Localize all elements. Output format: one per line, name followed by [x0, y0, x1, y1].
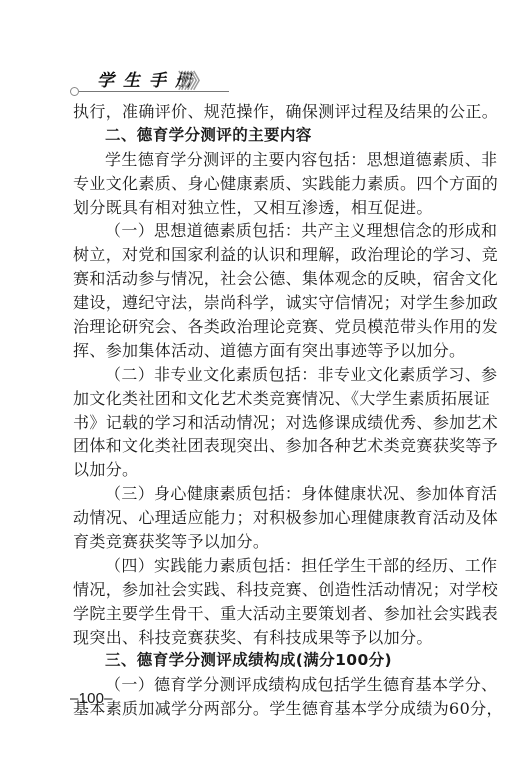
text-line: 加文化类社团和文化艺术类竞赛情况、《大学生素质拓展证	[73, 387, 459, 411]
text-line: 执行，准确评价、规范操作，确保测评过程及结果的公正。	[73, 100, 459, 124]
paragraph-start: （三）身心健康素质包括：身体健康状况、参加体育活	[73, 482, 459, 506]
text-line: 基本素质加减学分两部分。学生德育基本学分成绩为60分，	[73, 697, 459, 721]
text-line: 动情况、心理适应能力；对积极参加心理健康教育活动及体	[73, 506, 459, 530]
text-line: 建设，遵纪守法，崇尚科学，诚实守信情况；对学生参加政	[73, 291, 459, 315]
text-line: 专业文化素质、身心健康素质、实践能力素质。四个方面的	[73, 172, 459, 196]
circle-bullet-icon	[70, 87, 79, 96]
text-line: 以加分。	[73, 458, 459, 482]
page-body: 执行，准确评价、规范操作，确保测评过程及结果的公正。 二、德育学分测评的主要内容…	[73, 100, 459, 721]
paragraph-start: （一）思想道德素质包括：共产主义理想信念的形成和	[73, 219, 459, 243]
section-heading: 三、德育学分测评成绩构成(满分100分)	[73, 649, 459, 673]
paragraph-start: （四）实践能力素质包括：担任学生干部的经历、工作	[73, 554, 459, 578]
section-heading: 二、德育学分测评的主要内容	[73, 124, 459, 148]
text-line: 挥、参加集体活动、道德方面有突出事迹等予以加分。	[73, 339, 459, 363]
text-line: 现突出、科技竞赛获奖、有科技成果等予以加分。	[73, 626, 459, 650]
text-line: 划分既具有相对独立性，又相互渗透，相互促进。	[73, 196, 459, 220]
text-line: 学院主要学生骨干、重大活动主要策划者、参加社会实践表	[73, 602, 459, 626]
text-line: 育类竞赛获奖等予以加分。	[73, 530, 459, 554]
chevron-right-icon: 》》》	[178, 70, 206, 92]
text-line: 治理论研究会、各类政治理论竞赛、党员模范带头作用的发	[73, 315, 459, 339]
text-line: 树立，对党和国家利益的认识和理解，政治理论的学习、竞	[73, 243, 459, 267]
text-line: 赛和活动参与情况，社会公德、集体观念的反映，宿舍文化	[73, 267, 459, 291]
paragraph-start: 学生德育学分测评的主要内容包括：思想道德素质、非	[73, 148, 459, 172]
paragraph-start: （二）非专业文化素质包括：非专业文化素质学习、参	[73, 363, 459, 387]
text-line: 情况，参加社会实践、科技竞赛、创造性活动情况；对学校	[73, 578, 459, 602]
page-number: –100–	[70, 690, 113, 707]
running-header: 学生手册 》》》	[70, 70, 240, 98]
paragraph-start: （一）德育学分测评成绩构成包括学生德育基本学分、	[73, 673, 459, 697]
text-line: 团体和文化类社团表现突出、参加各种艺术类竞赛获奖等予	[73, 434, 459, 458]
text-line: 书》记载的学习和活动情况；对选修课成绩优秀、参加艺术	[73, 411, 459, 435]
